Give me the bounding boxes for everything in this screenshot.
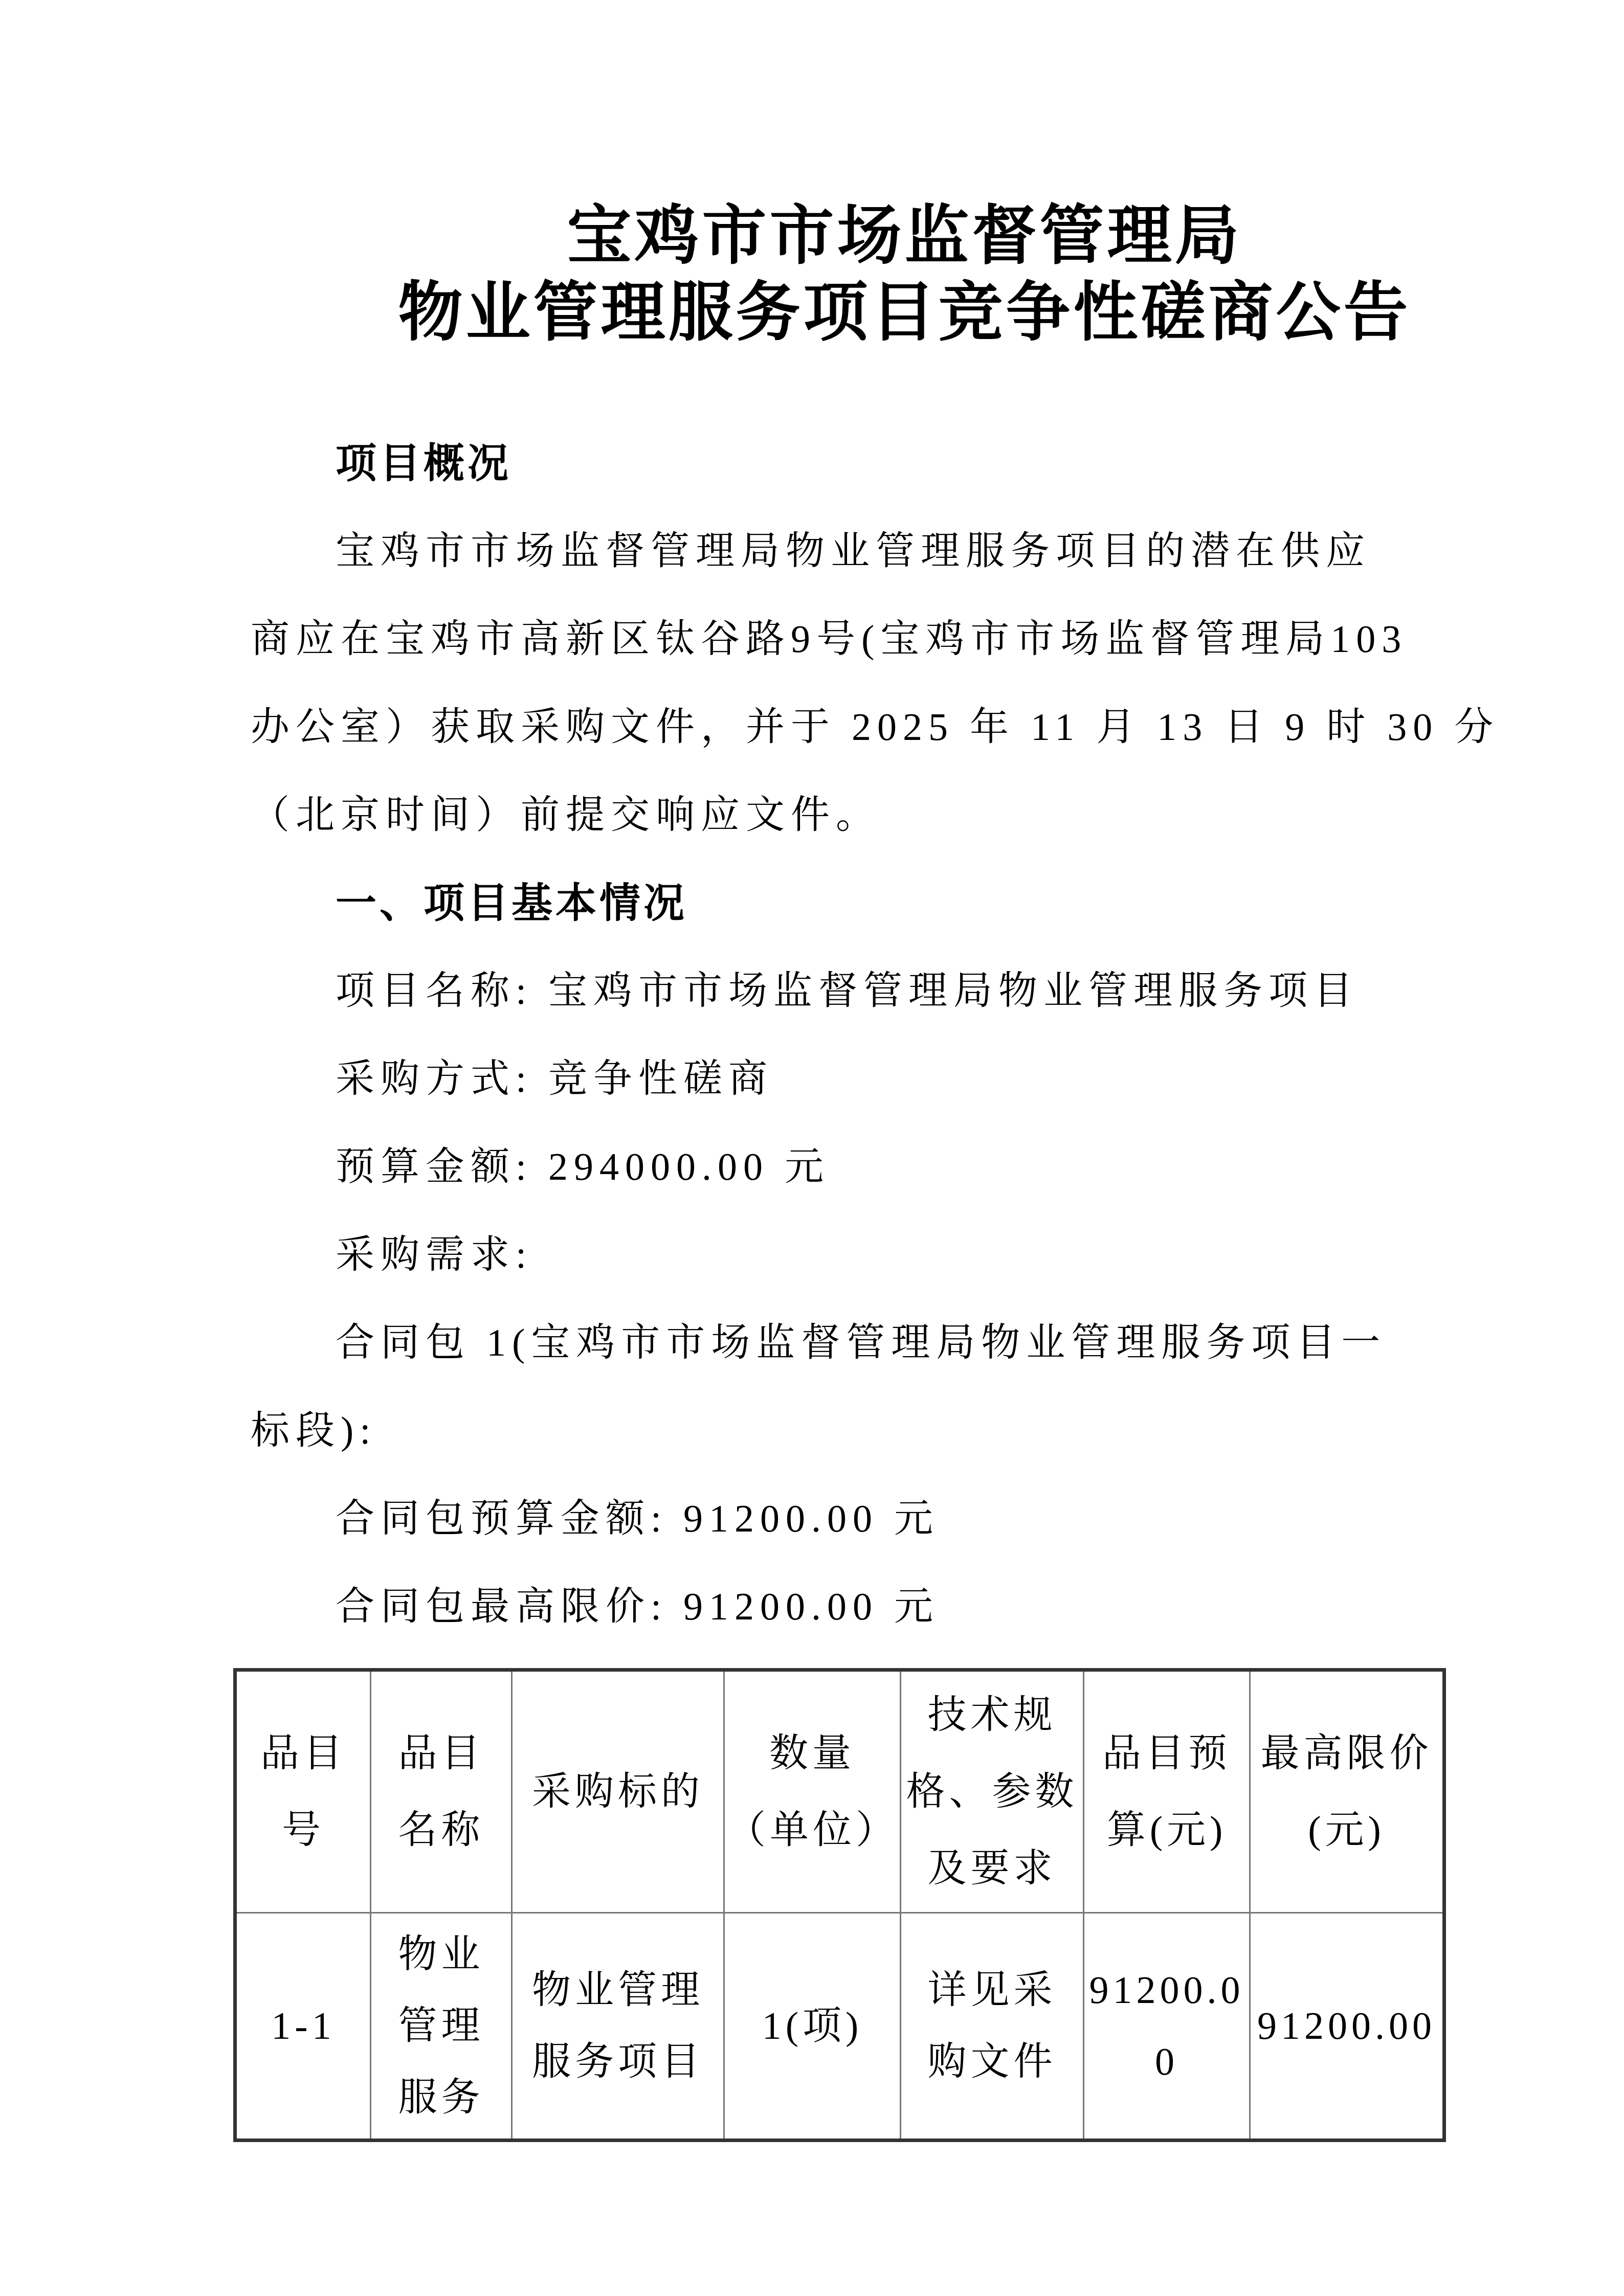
items-table: 品目 号 品目 名称 采购标的 数量 （单位） 技术规 格、参数 及要求 品目预… — [233, 1668, 1446, 2142]
header-cell-item-no: 品目 号 — [235, 1670, 371, 1913]
doc-body: 项目概况 宝鸡市市场监督管理局物业管理服务项目的潜在供应 商应在宝鸡市高新区钛谷… — [251, 419, 1471, 1651]
body-line-contract-package-1: 合同包 1(宝鸡市市场监督管理局物业管理服务项目一 — [251, 1299, 1471, 1387]
body-line-procurement-method: 采购方式: 竞争性磋商 — [251, 1035, 1471, 1123]
section-heading-basic-info: 一、项目基本情况 — [251, 859, 1471, 947]
cell-quantity: 1(项) — [724, 1913, 901, 2141]
cell-max-price: 91200.00 — [1250, 1913, 1444, 2141]
cell-specs: 详见采 购文件 — [901, 1913, 1084, 2141]
doc-title-line-2: 物业管理服务项目竞争性磋商公告 — [295, 275, 1515, 352]
body-line-package-budget: 合同包预算金额: 91200.00 元 — [251, 1475, 1471, 1563]
header-cell-budget: 品目预 算(元) — [1084, 1670, 1250, 1913]
doc-title: 宝鸡市市场监督管理局 物业管理服务项目竞争性磋商公告 — [295, 198, 1515, 352]
body-line-contract-package-2: 标段): — [251, 1387, 1471, 1475]
body-line-project-name: 项目名称: 宝鸡市市场监督管理局物业管理服务项目 — [251, 947, 1471, 1035]
header-cell-subject: 采购标的 — [512, 1670, 724, 1913]
header-cell-quantity: 数量 （单位） — [724, 1670, 901, 1913]
document-page: 宝鸡市市场监督管理局 物业管理服务项目竞争性磋商公告 项目概况 宝鸡市市场监督管… — [0, 0, 1624, 2296]
body-line-procurement-demand: 采购需求: — [251, 1211, 1471, 1299]
body-line-overview-4: （北京时间）前提交响应文件。 — [251, 771, 1471, 859]
body-line-overview-2: 商应在宝鸡市高新区钛谷路9号(宝鸡市市场监督管理局103 — [251, 595, 1471, 683]
table-header-row: 品目 号 品目 名称 采购标的 数量 （单位） 技术规 格、参数 及要求 品目预… — [235, 1670, 1444, 1913]
cell-budget: 91200.0 0 — [1084, 1913, 1250, 2141]
doc-title-line-1: 宝鸡市市场监督管理局 — [295, 198, 1515, 275]
body-line-overview-1: 宝鸡市市场监督管理局物业管理服务项目的潜在供应 — [251, 507, 1471, 595]
header-cell-item-name: 品目 名称 — [371, 1670, 512, 1913]
cell-item-name: 物业 管理 服务 — [371, 1913, 512, 2141]
body-line-budget-amount: 预算金额: 294000.00 元 — [251, 1123, 1471, 1211]
table-row: 1-1 物业 管理 服务 物业管理 服务项目 1(项) 详见采 购文件 9120… — [235, 1913, 1444, 2141]
body-line-overview-3: 办公室）获取采购文件，并于 2025 年 11 月 13 日 9 时 30 分 — [251, 683, 1471, 771]
cell-item-no: 1-1 — [235, 1913, 371, 2141]
header-cell-specs: 技术规 格、参数 及要求 — [901, 1670, 1084, 1913]
header-cell-max-price: 最高限价 (元) — [1250, 1670, 1444, 1913]
cell-subject: 物业管理 服务项目 — [512, 1913, 724, 2141]
section-heading-project-overview: 项目概况 — [251, 419, 1471, 507]
body-line-package-max-price: 合同包最高限价: 91200.00 元 — [251, 1563, 1471, 1651]
